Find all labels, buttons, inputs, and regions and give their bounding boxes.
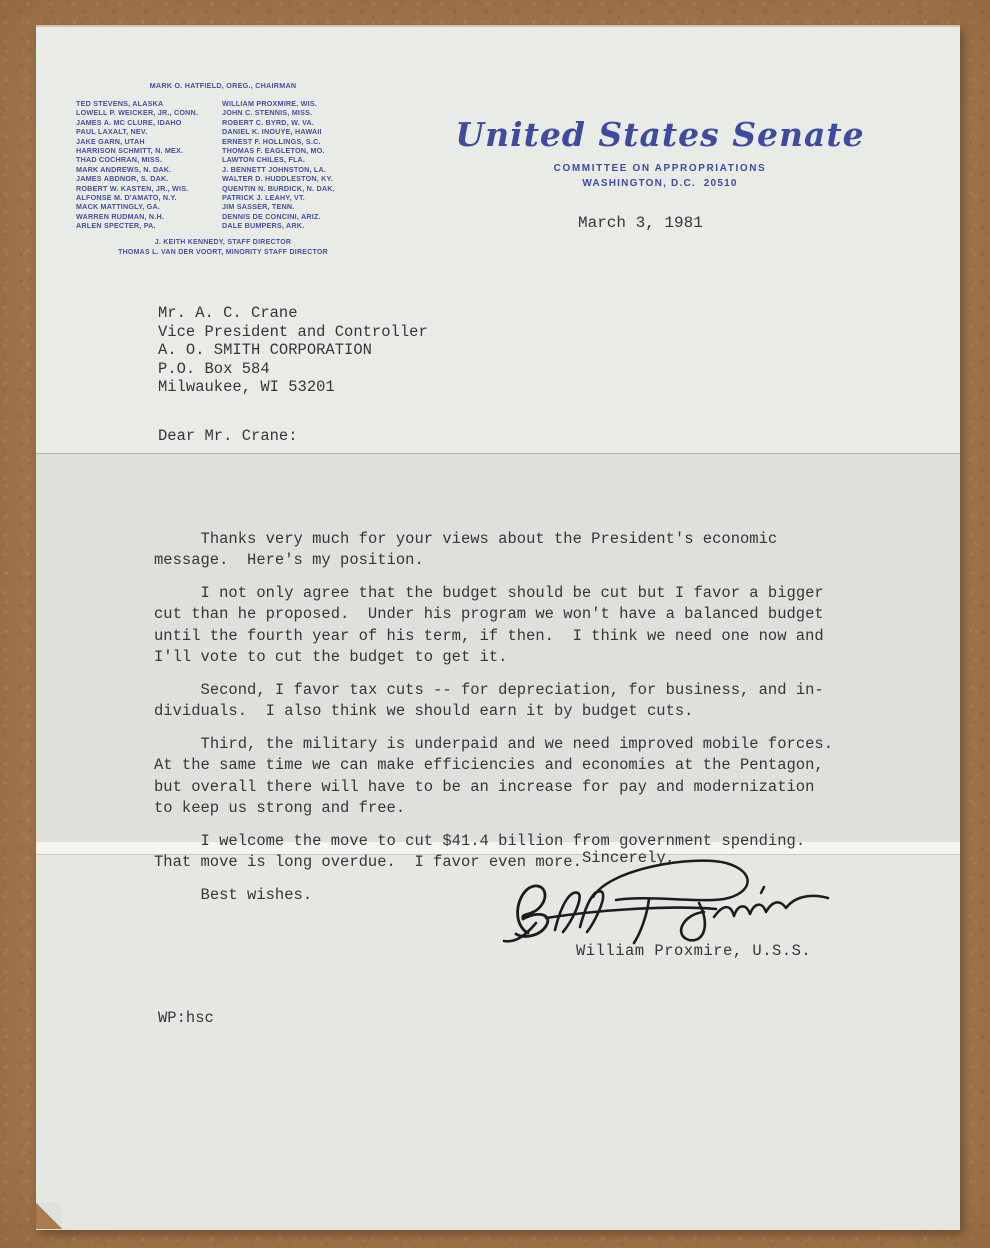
letter-body: Thanks very much for your views about th… [154,464,870,917]
body-paragraph: Third, the military is underpaid and we … [154,734,870,820]
body-paragraph: Second, I favor tax cuts -- for deprecia… [154,680,870,723]
member-name: ARLEN SPECTER, PA. [76,221,222,230]
staff-directors: J. KEITH KENNEDY, STAFF DIRECTOR THOMAS … [66,238,380,258]
member-name: ROBERT W. KASTEN, JR., WIS. [76,184,222,193]
letter-date: March 3, 1981 [578,214,703,232]
member-name: J. BENNETT JOHNSTON, LA. [222,165,335,174]
member-name: JAKE GARN, UTAH [76,137,222,146]
member-name: THOMAS F. EAGLETON, MO. [222,146,335,155]
member-name: JAMES A. MC CLURE, IDAHO [76,118,222,127]
member-name: HARRISON SCHMITT, N. MEX. [76,146,222,155]
member-name: DANIEL K. INOUYE, HAWAII [222,127,335,136]
member-name: ALFONSE M. D'AMATO, N.Y. [76,193,222,202]
committee-roster: MARK O. HATFIELD, OREG., CHAIRMAN TED ST… [66,81,380,258]
member-name: ERNEST F. HOLLINGS, S.C. [222,137,335,146]
recipient-address: Mr. A. C. Crane Vice President and Contr… [158,304,428,397]
members-column-left: TED STEVENS, ALASKALOWELL P. WEICKER, JR… [66,99,222,231]
body-paragraph: I not only agree that the budget should … [154,583,870,669]
members-column-right: WILLIAM PROXMIRE, WIS.JOHN C. STENNIS, M… [222,99,335,231]
member-name: PAUL LAXALT, NEV. [76,127,222,136]
member-columns: TED STEVENS, ALASKALOWELL P. WEICKER, JR… [66,99,380,231]
body-paragraph: Thanks very much for your views about th… [154,529,870,572]
member-name: JIM SASSER, TENN. [222,202,335,211]
member-name: LOWELL P. WEICKER, JR., CONN. [76,108,222,117]
member-name: JOHN C. STENNIS, MISS. [222,108,335,117]
signature-scrawl [498,853,838,953]
typist-initials: WP:hsc [158,1009,214,1027]
member-name: WALTER D. HUDDLESTON, KY. [222,174,335,183]
member-name: WARREN RUDMAN, N.H. [76,212,222,221]
committee-name: COMMITTEE ON APPROPRIATIONS [436,163,884,174]
photo-background: MARK O. HATFIELD, OREG., CHAIRMAN TED ST… [0,0,990,1248]
member-name: JAMES ABDNOR, S. DAK. [76,174,222,183]
letter-paper: MARK O. HATFIELD, OREG., CHAIRMAN TED ST… [36,25,960,1229]
committee-location: WASHINGTON, D.C. 20510 [436,178,884,189]
member-name: MACK MATTINGLY, GA. [76,202,222,211]
member-name: PATRICK J. LEAHY, VT. [222,193,335,202]
member-name: QUENTIN N. BURDICK, N. DAK. [222,184,335,193]
letterhead-masthead: United States Senate COMMITTEE ON APPROP… [436,115,884,189]
member-name: DENNIS DE CONCINI, ARIZ. [222,212,335,221]
member-name: THAD COCHRAN, MISS. [76,155,222,164]
salutation: Dear Mr. Crane: [158,427,298,445]
member-name: TED STEVENS, ALASKA [76,99,222,108]
member-name: LAWTON CHILES, FLA. [222,155,335,164]
member-name: WILLIAM PROXMIRE, WIS. [222,99,335,108]
member-name: DALE BUMPERS, ARK. [222,221,335,230]
corner-fold [36,1203,62,1229]
member-name: ROBERT C. BYRD, W. VA. [222,118,335,127]
senate-title: United States Senate [436,115,884,154]
chairman-line: MARK O. HATFIELD, OREG., CHAIRMAN [66,81,380,90]
signature-typed-name: William Proxmire, U.S.S. [576,942,811,960]
member-name: MARK ANDREWS, N. DAK. [76,165,222,174]
